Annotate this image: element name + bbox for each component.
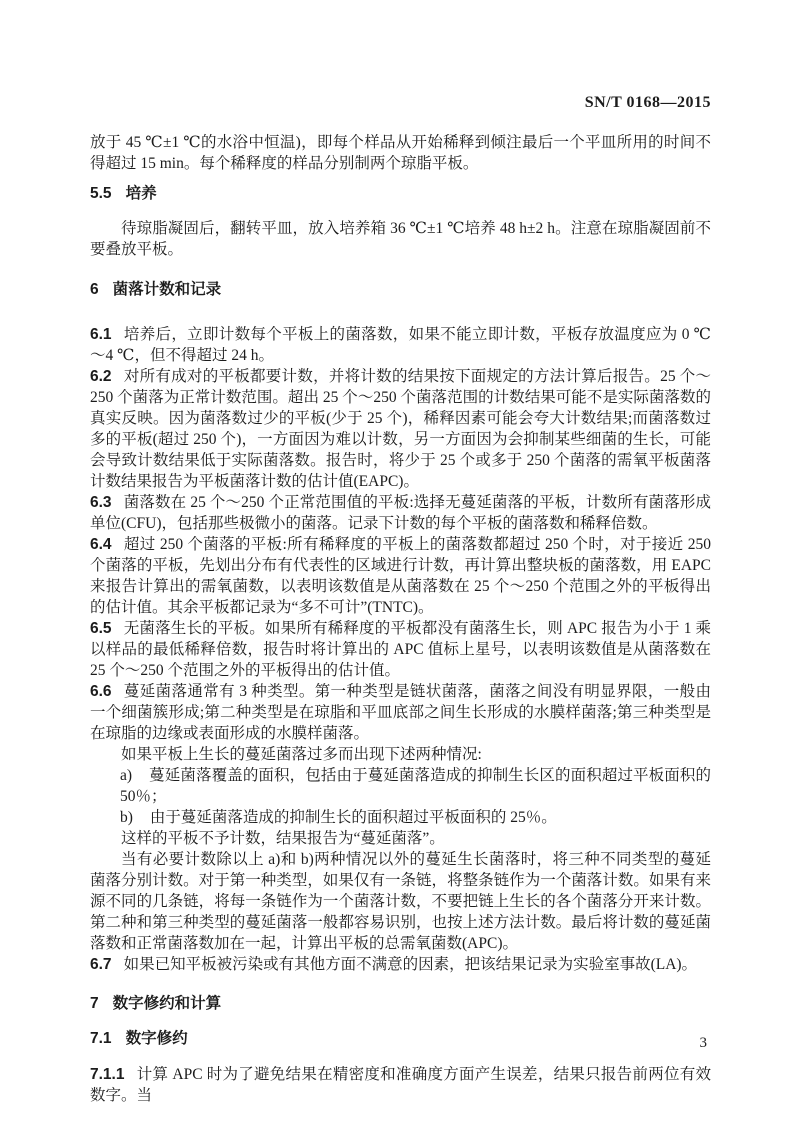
clause-number: 6.3 (90, 494, 112, 511)
section-heading-7: 7数字修约和计算 (90, 993, 711, 1014)
clause-number: 6.7 (90, 956, 112, 973)
heading-title: 菌落计数和记录 (113, 281, 222, 298)
heading-title: 培养 (126, 185, 157, 202)
clause-number: 7.1.1 (90, 1066, 124, 1083)
clause-7-1-1: 7.1.1计算 APC 时为了避免结果在精密度和准确度方面产生误差，结果只报告前… (90, 1064, 711, 1106)
paragraph-spreader-intro: 如果平板上生长的蔓延菌落过多而出现下述两种情况: (90, 744, 711, 765)
clause-6-2: 6.2对所有成对的平板都要计数，并将计数的结果按下面规定的方法计算后报告。25 … (90, 366, 711, 492)
paragraph-incubation: 待琼脂凝固后，翻转平皿，放入培养箱 36 ℃±1 ℃培养 48 h±2 h。注意… (90, 218, 711, 260)
section-heading-6: 6菌落计数和记录 (90, 279, 711, 300)
list-text: 由于蔓延菌落造成的抑制生长的面积超过平板面积的 25％。 (150, 809, 557, 826)
clause-6-1: 6.1培养后，立即计数每个平板上的菌落数，如果不能立即计数，平板存放温度应为 0… (90, 324, 711, 366)
clause-text: 无菌落生长的平板。如果所有稀释度的平板都没有菌落生长，则 APC 报告为小于 1… (90, 620, 711, 679)
clause-number: 6.6 (90, 683, 112, 700)
clause-number: 6.4 (90, 536, 112, 553)
paragraph-spreader-counting: 当有必要计数除以上 a)和 b)两种情况以外的蔓延生长菌落时，将三种不同类型的蔓… (90, 849, 711, 954)
heading-title: 数字修约和计算 (113, 995, 222, 1012)
clause-6-6: 6.6蔓延菌落通常有 3 种类型。第一种类型是链状菌落，菌落之间没有明显界限，一… (90, 681, 711, 744)
standard-code: SN/T 0168—2015 (90, 93, 711, 113)
list-marker: b) (120, 809, 133, 826)
list-marker: a) (120, 767, 132, 784)
clause-text: 计算 APC 时为了避免结果在精密度和准确度方面产生误差，结果只报告前两位有效数… (90, 1066, 711, 1104)
clause-number: 6.5 (90, 620, 112, 637)
page-number: 3 (700, 1033, 708, 1054)
clause-6-3: 6.3菌落数在 25 个～250 个正常范围值的平板:选择无蔓延菌落的平板，计数… (90, 492, 711, 534)
document-page: SN/T 0168—2015 放于 45 ℃±1 ℃的水浴中恒温)，即每个样品从… (0, 0, 793, 1122)
heading-title: 数字修约 (126, 1030, 188, 1047)
heading-5-5: 5.5培养 (90, 183, 711, 204)
clause-text: 如果已知平板被污染或有其他方面不满意的因素，把该结果记录为实验室事故(LA)。 (124, 956, 698, 973)
list-item-a: a)蔓延菌落覆盖的面积，包括由于蔓延菌落造成的抑制生长区的面积超过平板面积的 5… (90, 765, 711, 807)
clause-number: 6.2 (90, 368, 112, 385)
clause-text: 超过 250 个菌落的平板:所有稀释度的平板上的菌落数都超过 250 个时，对于… (90, 536, 711, 616)
heading-number: 6 (90, 281, 99, 298)
heading-7-1: 7.1数字修约 (90, 1028, 711, 1049)
list-item-b: b)由于蔓延菌落造成的抑制生长的面积超过平板面积的 25％。 (90, 807, 711, 828)
heading-number: 7.1 (90, 1030, 112, 1047)
clause-6-5: 6.5无菌落生长的平板。如果所有稀释度的平板都没有菌落生长，则 APC 报告为小… (90, 618, 711, 681)
heading-number: 5.5 (90, 185, 112, 202)
clause-6-7: 6.7如果已知平板被污染或有其他方面不满意的因素，把该结果记录为实验室事故(LA… (90, 954, 711, 975)
list-text: 蔓延菌落覆盖的面积，包括由于蔓延菌落造成的抑制生长区的面积超过平板面积的 50％… (120, 767, 711, 805)
clause-text: 蔓延菌落通常有 3 种类型。第一种类型是链状菌落，菌落之间没有明显界限，一般由一… (90, 683, 711, 742)
paragraph-continuation: 放于 45 ℃±1 ℃的水浴中恒温)，即每个样品从开始稀释到倾注最后一个平皿所用… (90, 132, 711, 174)
clause-number: 6.1 (90, 326, 112, 343)
clause-6-4: 6.4超过 250 个菌落的平板:所有稀释度的平板上的菌落数都超过 250 个时… (90, 534, 711, 618)
heading-number: 7 (90, 995, 99, 1012)
clause-text: 培养后，立即计数每个平板上的菌落数，如果不能立即计数，平板存放温度应为 0 ℃～… (90, 326, 711, 364)
clause-text: 菌落数在 25 个～250 个正常范围值的平板:选择无蔓延菌落的平板，计数所有菌… (90, 494, 711, 532)
paragraph-no-count: 这样的平板不予计数，结果报告为“蔓延菌落”。 (90, 828, 711, 849)
clause-text: 对所有成对的平板都要计数，并将计数的结果按下面规定的方法计算后报告。25 个～2… (90, 368, 711, 490)
